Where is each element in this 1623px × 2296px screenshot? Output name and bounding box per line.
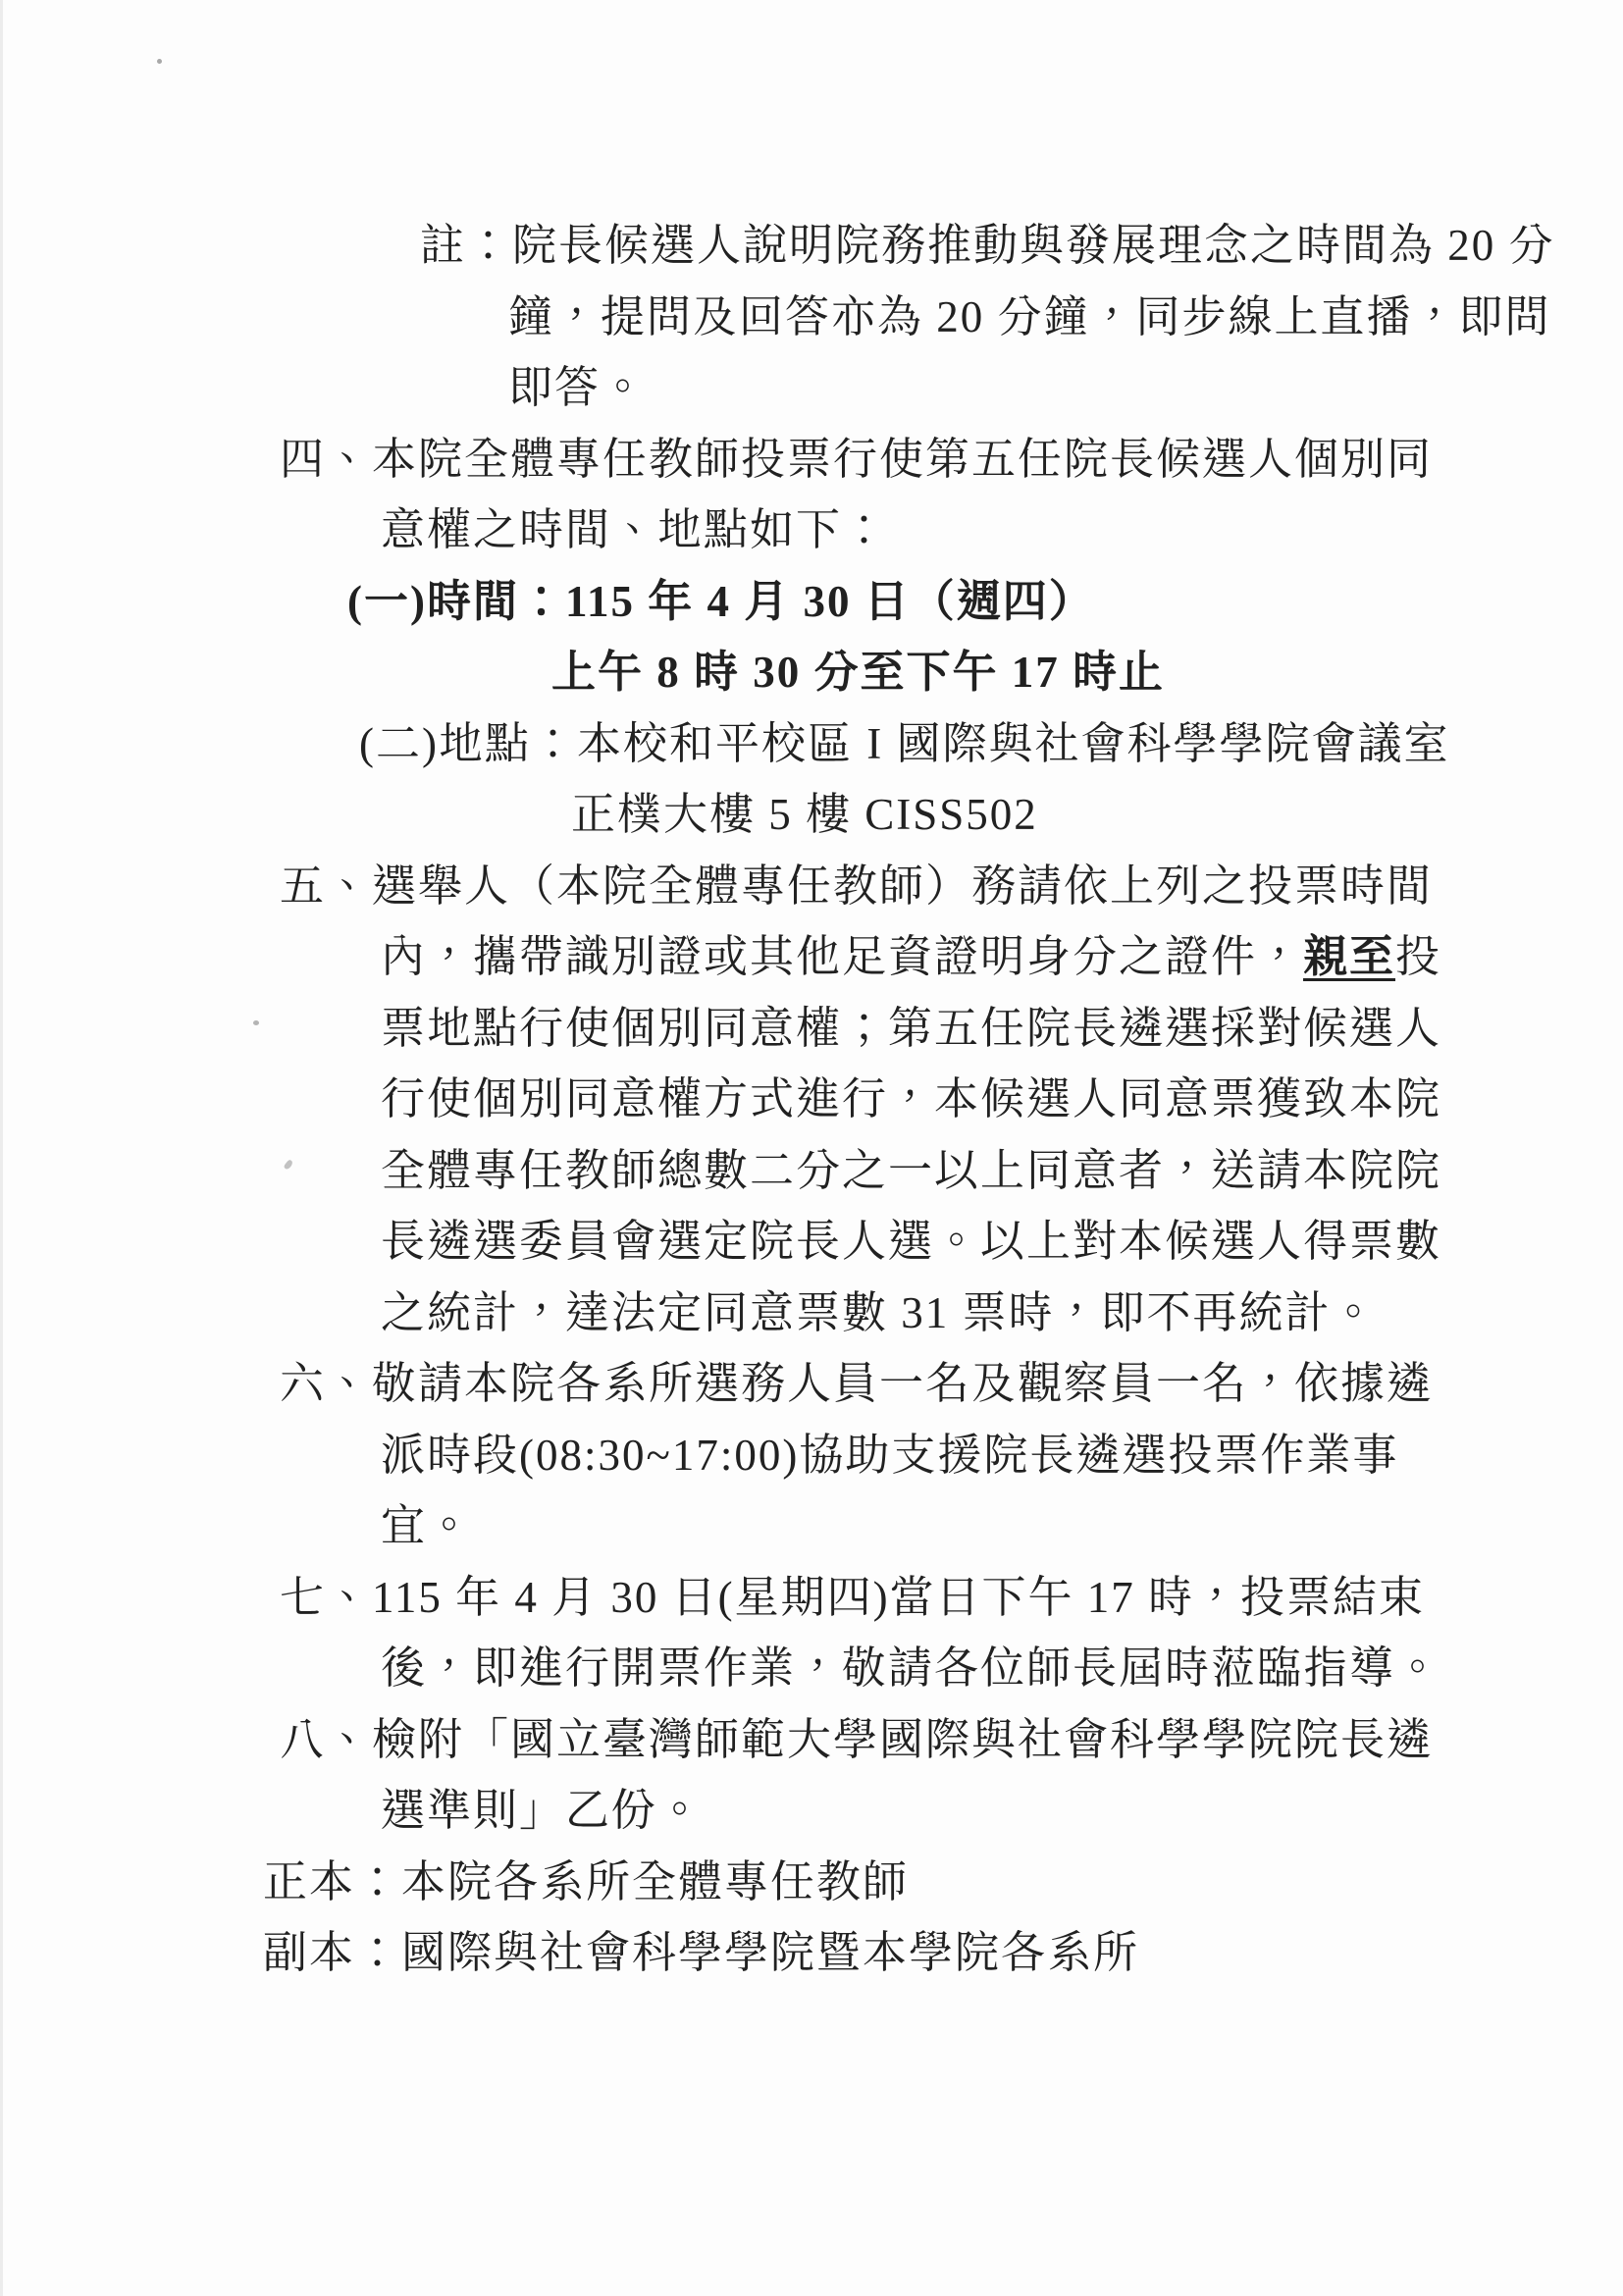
- item-five-line-1: 五、選舉人（本院全體專任教師）務請依上列之投票時間: [0, 851, 1623, 922]
- item-four-line-2: 意權之時間、地點如下：: [0, 495, 1623, 566]
- item-six-line-2: 派時段(08:30~17:00)協助支援院長遴選投票作業事: [0, 1420, 1623, 1491]
- voting-time-heading: (一)時間：115 年 4 月 30 日（週四）: [0, 566, 1623, 638]
- item-five-line-6: 長遴選委員會選定院長人選。以上對本候選人得票數: [0, 1206, 1623, 1278]
- scanned-document-page: 註：院長候選人說明院務推動與發展理念之時間為 20 分 鐘，提問及回答亦為 20…: [0, 0, 1623, 2296]
- scan-speck: [157, 59, 162, 64]
- copy-to-original: 正本：本院各系所全體專任教師: [0, 1847, 1623, 1918]
- item-five-line-2: 內，攜帶識別證或其他足資證明身分之證件，親至投: [0, 921, 1623, 993]
- item-five-line-4: 行使個別同意權方式進行，本候選人同意票獲致本院: [0, 1064, 1623, 1135]
- item-five-line-7: 之統計，達法定同意票數 31 票時，即不再統計。: [0, 1278, 1623, 1349]
- document-body: 註：院長候選人說明院務推動與發展理念之時間為 20 分 鐘，提問及回答亦為 20…: [0, 210, 1623, 1989]
- item-seven-line-1: 七、115 年 4 月 30 日(星期四)當日下午 17 時，投票結束: [0, 1562, 1623, 1634]
- voting-venue-detail: 正樸大樓 5 樓 CISS502: [0, 779, 1623, 851]
- copy-to-cc: 副本：國際與社會科學學院暨本學院各系所: [0, 1917, 1623, 1989]
- note-line-1: 註：院長候選人說明院務推動與發展理念之時間為 20 分: [0, 210, 1623, 282]
- item-four-line-1: 四、本院全體專任教師投票行使第五任院長候選人個別同: [0, 424, 1623, 496]
- emphasis-in-person: 親至: [1303, 932, 1395, 981]
- item-six-line-1: 六、敬請本院各系所選務人員一名及觀察員一名，依據遴: [0, 1348, 1623, 1420]
- item-five-line-2-pre: 內，攜帶識別證或其他足資證明身分之證件，: [381, 932, 1303, 981]
- item-five-line-3: 票地點行使個別同意權；第五任院長遴選採對候選人: [0, 993, 1623, 1065]
- note-line-2: 鐘，提問及回答亦為 20 分鐘，同步線上直播，即問: [0, 282, 1623, 353]
- item-seven-line-2: 後，即進行開票作業，敬請各位師長屆時蒞臨指導。: [0, 1633, 1623, 1704]
- item-five-line-5: 全體專任教師總數二分之一以上同意者，送請本院院: [0, 1135, 1623, 1207]
- item-eight-line-2: 選準則」乙份。: [0, 1775, 1623, 1847]
- voting-venue-heading: (二)地點：本校和平校區 I 國際與社會科學學院會議室: [0, 708, 1623, 780]
- item-six-line-3: 宜。: [0, 1490, 1623, 1562]
- voting-time-detail: 上午 8 時 30 分至下午 17 時止: [0, 637, 1623, 708]
- item-eight-line-1: 八、檢附「國立臺灣師範大學國際與社會科學學院院長遴: [0, 1704, 1623, 1776]
- item-five-line-2-post: 投: [1395, 932, 1441, 981]
- note-line-3: 即答。: [0, 352, 1623, 424]
